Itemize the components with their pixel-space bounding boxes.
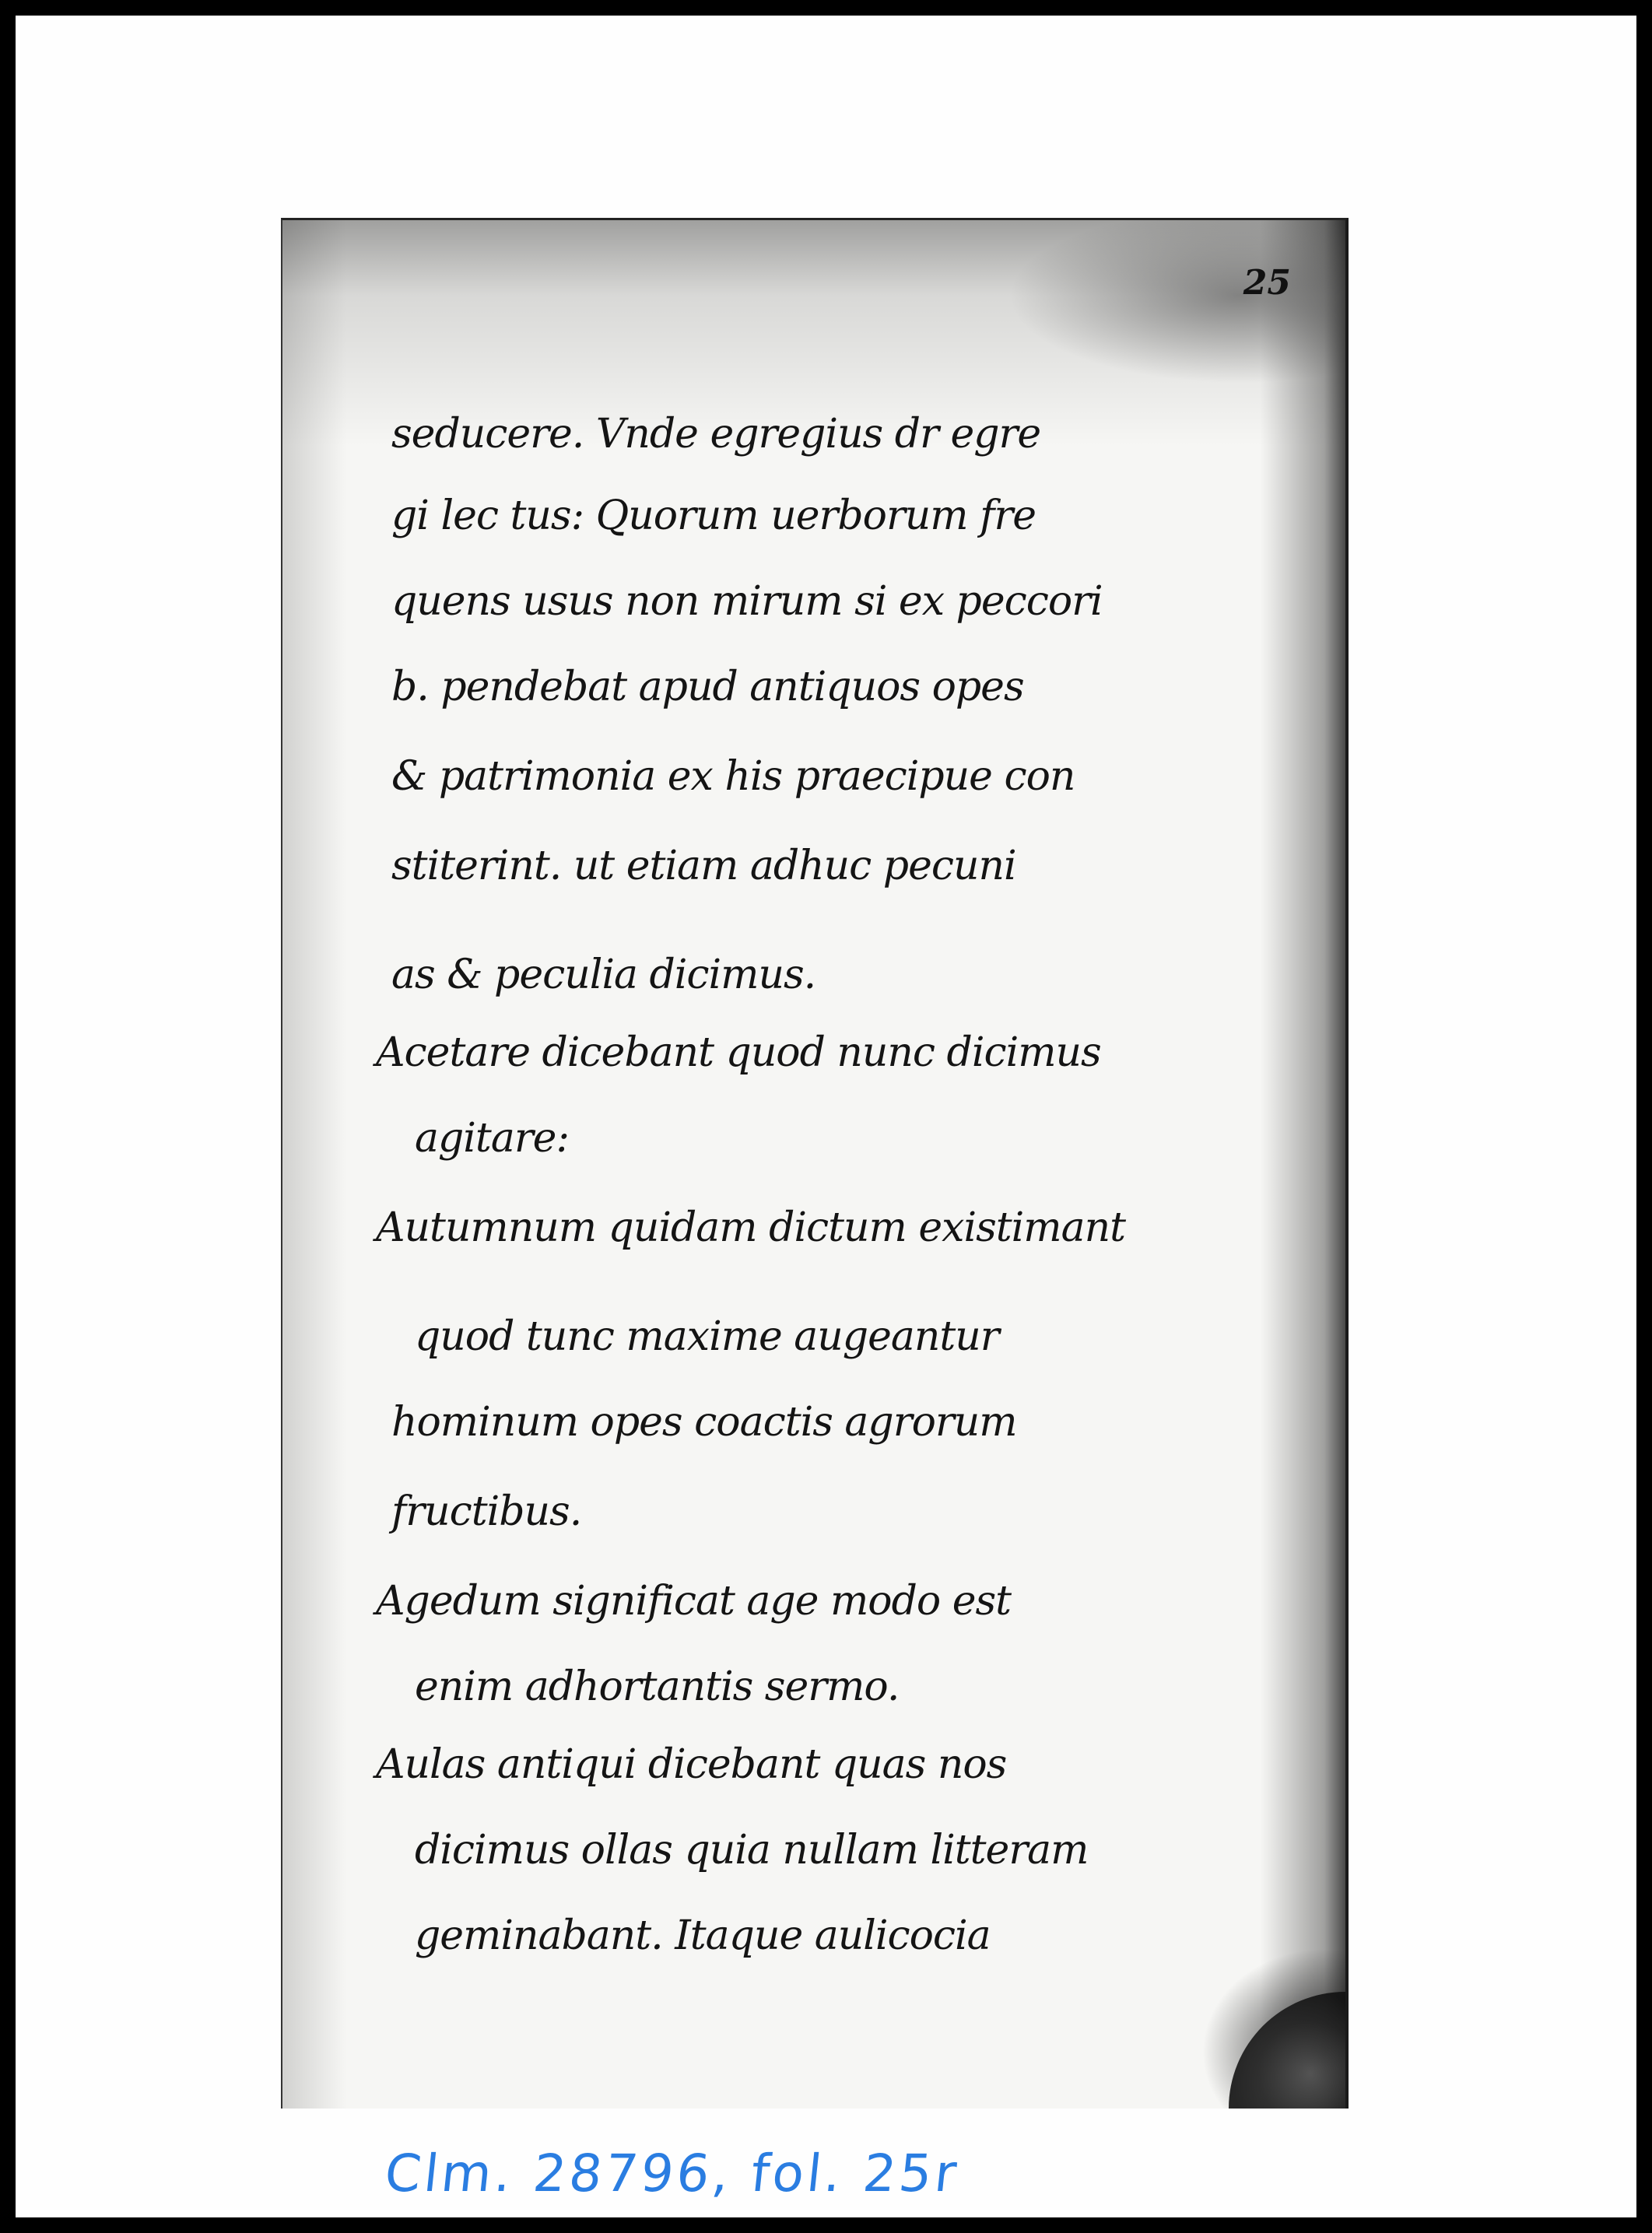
shelfmark-caption: Clm. 28796, fol. 25r bbox=[382, 2144, 963, 2203]
binding-clasp-shadow bbox=[1229, 1992, 1345, 2109]
photo-paper: 25 seducere. Vnde egregius dr egre gi le… bbox=[16, 16, 1636, 2217]
manuscript-page: 25 seducere. Vnde egregius dr egre gi le… bbox=[281, 218, 1349, 2109]
folio-number: 25 bbox=[1243, 263, 1291, 303]
